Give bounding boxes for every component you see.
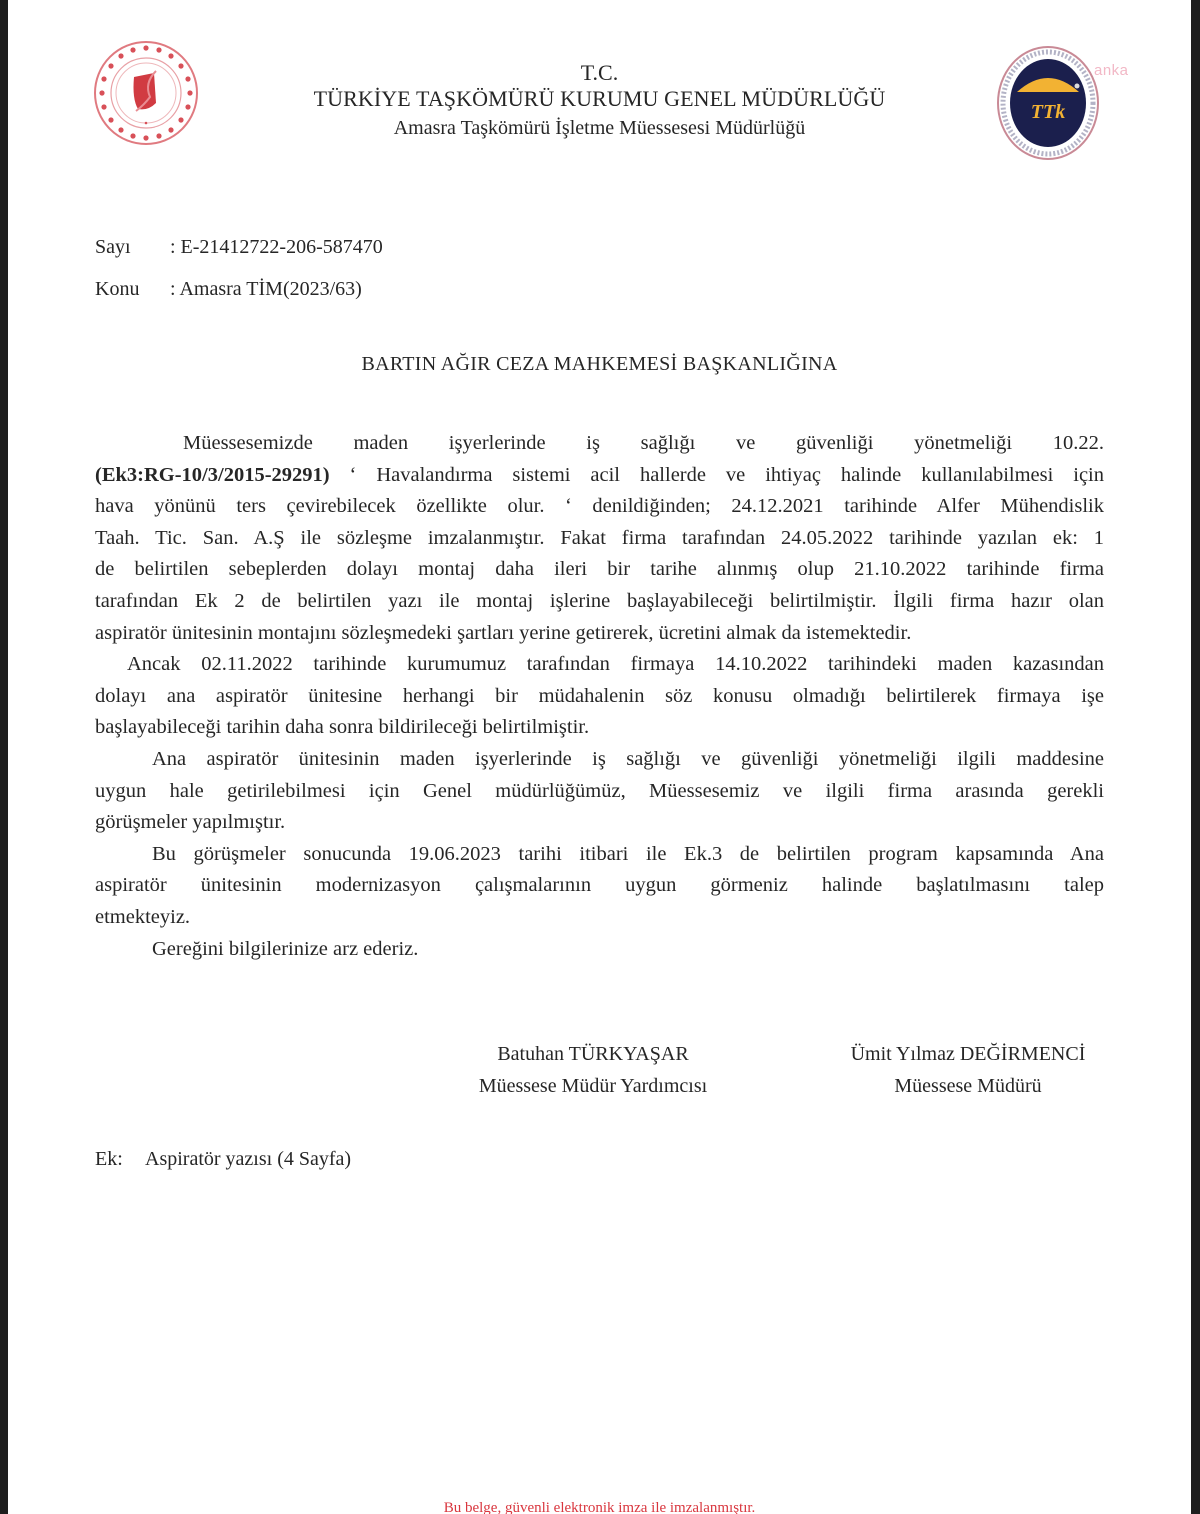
body-line: dolayı ana aspiratör ünitesine herhangi …	[95, 681, 1104, 713]
svg-text:TTk: TTk	[1031, 101, 1065, 123]
signature-block-deputy: Batuhan TÜRKYAŞAR Müessese Müdür Yardımc…	[428, 1038, 758, 1102]
regulation-reference: (Ek3:RG-10/3/2015-29291)	[95, 464, 330, 486]
body-line: Ancak 02.11.2022 tarihinde kurumumuz tar…	[95, 649, 1104, 681]
attachment-label: Ek:	[95, 1148, 145, 1171]
body-line: de belirtilen sebeplerden dolayı montaj …	[95, 554, 1104, 586]
signatory-name: Batuhan TÜRKYAŞAR	[428, 1038, 758, 1070]
body-line: aspiratör ünitesinin montajını sözleşmed…	[95, 618, 1104, 650]
body-line: etmekteyiz.	[95, 902, 1104, 934]
e-signature-note: Bu belge, güvenli elektronik imza ile im…	[8, 1500, 1191, 1514]
body-line: (Ek3:RG-10/3/2015-29291) ‘ Havalandırma …	[95, 460, 1104, 492]
closing-line: Gereğini bilgilerinize arz ederiz.	[95, 934, 1104, 966]
sayi-label: Sayı	[95, 234, 131, 260]
watermark-text: anka	[1094, 62, 1129, 79]
body-line: görüşmeler yapılmıştır.	[95, 807, 1104, 839]
paragraph-2: Ancak 02.11.2022 tarihinde kurumumuz tar…	[95, 649, 1104, 744]
body-line: Taah. Tic. San. A.Ş ile sözleşme imzalan…	[95, 523, 1104, 555]
signatory-title: Müessese Müdürü	[808, 1070, 1128, 1102]
body-line: Müessesemizde maden işyerlerinde iş sağl…	[95, 428, 1104, 460]
paragraph-4: Bu görüşmeler sonucunda 19.06.2023 tarih…	[95, 839, 1104, 934]
paragraph-1: Müessesemizde maden işyerlerinde iş sağl…	[95, 428, 1104, 649]
konu-value: : Amasra TİM(2023/63)	[170, 276, 362, 302]
document-page: T.C. TÜRKİYE TAŞKÖMÜRÜ KURUMU GENEL MÜDÜ…	[8, 0, 1191, 1514]
sayi-value: : E-21412722-206-587470	[170, 234, 383, 260]
body-line: hava yönünü ters çevirebilecek özellikte…	[95, 491, 1104, 523]
signature-block-director: Ümit Yılmaz DEĞİRMENCİ Müessese Müdürü	[808, 1038, 1128, 1102]
paragraph-3: Ana aspiratör ünitesinin maden işyerleri…	[95, 744, 1104, 839]
recipient-heading: BARTIN AĞIR CEZA MAHKEMESİ BAŞKANLIĞINA	[8, 353, 1191, 376]
ttk-emblem-icon: TTk	[995, 44, 1101, 162]
body-line: başlayabileceği tarihin daha sonra bildi…	[95, 712, 1104, 744]
body-line: tarafından Ek 2 de belirtilen yazı ile m…	[95, 586, 1104, 618]
body-text: ‘ Havalandırma sistemi acil hallerde ve …	[330, 464, 1104, 486]
letter-body: Müessesemizde maden işyerlerinde iş sağl…	[95, 428, 1104, 965]
konu-label: Konu	[95, 276, 139, 302]
body-line: uygun hale getirilebilmesi için Genel mü…	[95, 776, 1104, 808]
body-line: Bu görüşmeler sonucunda 19.06.2023 tarih…	[95, 839, 1104, 871]
attachment-value: Aspiratör yazısı (4 Sayfa)	[145, 1148, 351, 1170]
signatory-title: Müessese Müdür Yardımcısı	[428, 1070, 758, 1102]
attachment-line: Ek:Aspiratör yazısı (4 Sayfa)	[95, 1148, 351, 1171]
closing-paragraph: Gereğini bilgilerinize arz ederiz.	[95, 934, 1104, 966]
signatory-name: Ümit Yılmaz DEĞİRMENCİ	[808, 1038, 1128, 1070]
body-line: Ana aspiratör ünitesinin maden işyerleri…	[95, 744, 1104, 776]
body-line: aspiratör ünitesinin modernizasyon çalış…	[95, 870, 1104, 902]
